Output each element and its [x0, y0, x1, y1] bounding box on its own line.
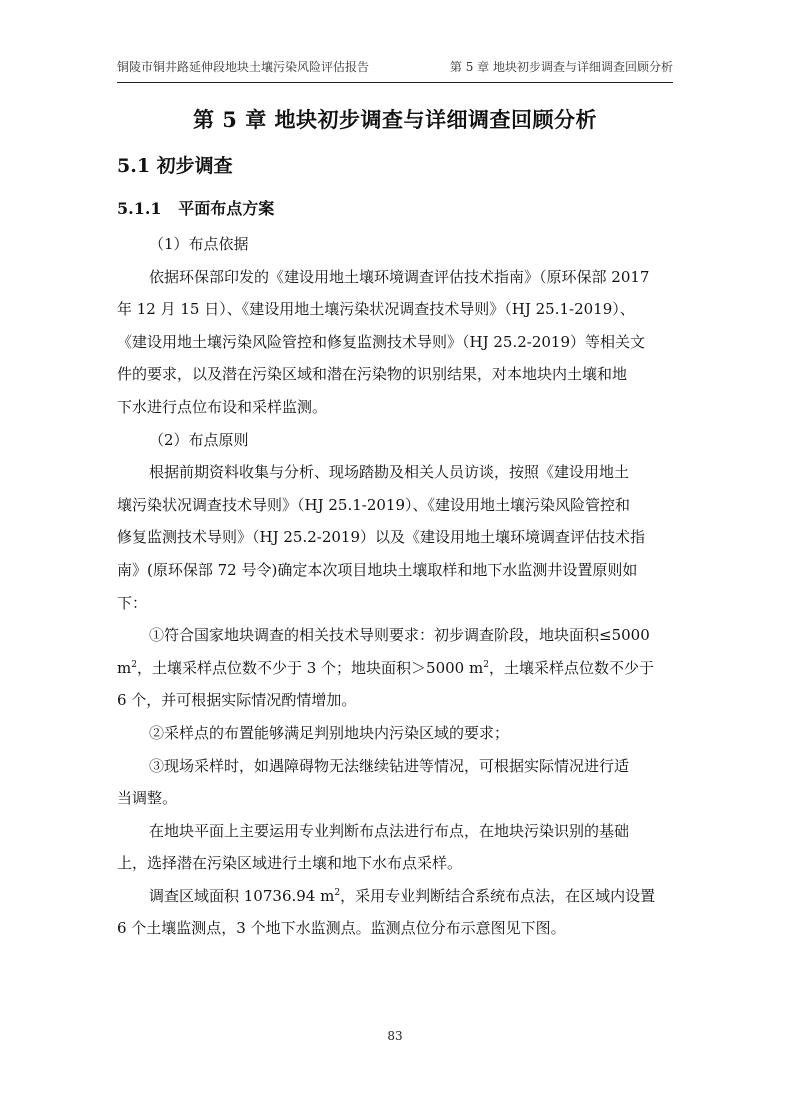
header-report-title: 铜陵市铜井路延伸段地块土壤污染风险评估报告: [117, 58, 369, 75]
page-number: 83: [0, 1029, 790, 1043]
heading-basis: （1）布点依据: [117, 228, 677, 261]
list-item-1: ①符合国家地块调查的相关技术导则要求：初步调查阶段，地块面积≤5000 m2，土…: [117, 619, 677, 717]
chapter-title: 第 5 章 地块初步调查与详细调查回顾分析: [0, 104, 790, 134]
page-header: 铜陵市铜井路延伸段地块土壤污染风险评估报告 第 5 章 地块初步调查与详细调查回…: [117, 56, 673, 83]
paragraph-basis: 依据环保部印发的《建设用地土壤环境调查评估技术指南》（原环保部 2017 年 1…: [117, 261, 677, 424]
list-item-2: ②采样点的布置能够满足判别地块内污染区域的要求；: [117, 717, 677, 750]
body-text: （1）布点依据 依据环保部印发的《建设用地土壤环境调查评估技术指南》（原环保部 …: [117, 228, 677, 945]
subsection-title: 5.1.1 平面布点方案: [117, 196, 274, 219]
paragraph-principles: 根据前期资料收集与分析、现场踏勘及相关人员访谈，按照《建设用地土 壤污染状况调查…: [117, 456, 677, 619]
header-chapter-title: 第 5 章 地块初步调查与详细调查回顾分析: [450, 58, 673, 75]
list-item-3: ③现场采样时，如遇障碍物无法继续钻进等情况，可根据实际情况进行适 当调整。: [117, 750, 677, 815]
heading-principles: （2）布点原则: [117, 424, 677, 457]
section-title: 5.1 初步调查: [117, 151, 233, 178]
paragraph-survey-area: 调查区域面积 10736.94 m2，采用专业判断结合系统布点法，在区域内设置 …: [117, 880, 677, 945]
paragraph-layout-method: 在地块平面上主要运用专业判断布点法进行布点，在地块污染识别的基础 上，选择潜在污…: [117, 815, 677, 880]
